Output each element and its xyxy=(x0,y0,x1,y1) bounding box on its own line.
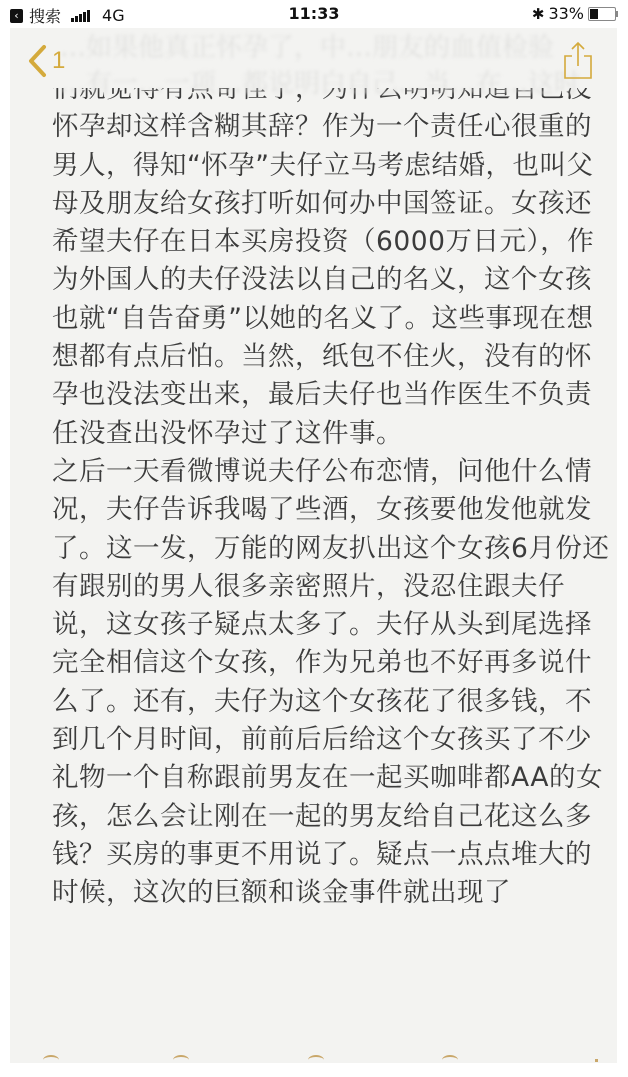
share-icon[interactable] xyxy=(563,40,593,80)
note-line: 到几个月时间，前前后后给这个女孩买了不少 xyxy=(52,721,612,759)
battery-icon xyxy=(588,7,616,21)
chevron-left-icon xyxy=(26,44,48,78)
checklist-icon[interactable] xyxy=(43,1055,63,1065)
note-line: 也就“自告奋勇”以她的名义了。这些事现在想 xyxy=(52,300,612,338)
bluetooth-icon: ✱ xyxy=(532,5,545,23)
draw-icon[interactable] xyxy=(308,1055,328,1065)
battery-percent: 33% xyxy=(548,4,584,23)
note-line: 钱？买房的事更不用说了。疑点一点点堆大的 xyxy=(52,836,612,874)
note-line: 希望夫仔在日本买房投资（6000万日元），作 xyxy=(52,223,612,261)
nav-bar: 1 xyxy=(10,28,617,88)
note-line: 时候，这次的巨额和谈金事件就出现了 xyxy=(52,874,612,912)
back-count: 1 xyxy=(52,47,65,75)
new-note-icon[interactable] xyxy=(442,1055,462,1065)
note-line: 任没查出没怀孕过了这件事。 xyxy=(52,415,612,453)
note-line: 礼物一个自称跟前男友在一起买咖啡都AA的女 xyxy=(52,759,612,797)
compose-icon[interactable] xyxy=(595,1055,615,1065)
camera-icon[interactable] xyxy=(173,1055,193,1065)
note-line: 孩，怎么会让刚在一起的男友给自己花这么多 xyxy=(52,798,612,836)
note-body[interactable]: 们就觉得有点奇怪了，为什么明明知道自己没 怀孕却这样含糊其辞？作为一个责任心很重… xyxy=(52,70,612,913)
note-line: 怀孕却这样含糊其辞？作为一个责任心很重的 xyxy=(52,108,612,146)
note-line: 之后一天看微博说夫仔公布恋情，问他什么情 xyxy=(52,453,612,491)
note-line: 了。这一发，万能的网友扒出这个女孩6月份还 xyxy=(52,530,612,568)
notes-panel: 们就觉得有点奇怪了，为什么明明知道自己没 怀孕却这样含糊其辞？作为一个责任心很重… xyxy=(10,0,617,1063)
note-line: 男人，得知“怀孕”夫仔立马考虑结婚，也叫父 xyxy=(52,147,612,185)
status-bar: ‹ 搜索 4G 11:33 ✱ 33% xyxy=(0,0,628,28)
note-line: 有跟别的男人很多亲密照片，没忍住跟夫仔 xyxy=(52,568,612,606)
note-line: 况，夫仔告诉我喝了些酒，女孩要他发他就发 xyxy=(52,491,612,529)
note-line: 母及朋友给女孩打听如何办中国签证。女孩还 xyxy=(52,185,612,223)
note-line: 孕也没法变出来，最后夫仔也当作医生不负责 xyxy=(52,376,612,414)
note-line: 完全相信这个女孩，作为兄弟也不好再多说什 xyxy=(52,644,612,682)
back-button[interactable]: 1 xyxy=(26,44,65,78)
status-right: ✱ 33% xyxy=(532,4,616,23)
note-line: 么了。还有，夫仔为这个女孩花了很多钱，不 xyxy=(52,683,612,721)
note-line: 为外国人的夫仔没法以自己的名义，这个女孩 xyxy=(52,261,612,299)
note-line: 说，这女孩子疑点太多了。夫仔从头到尾选择 xyxy=(52,606,612,644)
bottom-toolbar xyxy=(10,1055,617,1065)
note-line: 想都有点后怕。当然，纸包不住火，没有的怀 xyxy=(52,338,612,376)
